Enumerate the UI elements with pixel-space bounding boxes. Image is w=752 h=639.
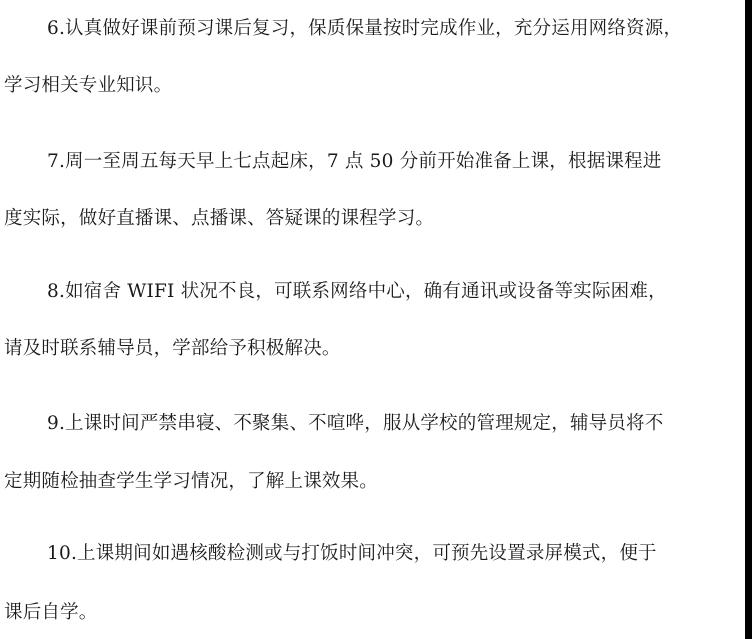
item-9-line-1: 9.上课时间严禁串寝、不聚集、不喧哗，服从学校的管理规定，辅导员将不 [47,412,663,436]
item-9-line-2: 定期随检抽查学生学习情况，了解上课效果。 [4,470,378,494]
item-10-line-1: 10.上课期间如遇核酸检测或与打饭时间冲突，可预先设置录屏模式，便于 [47,542,657,566]
item-10-line-2: 课后自学。 [4,601,98,625]
document-page: 6.认真做好课前预习课后复习，保质保量按时完成作业，充分运用网络资源， 学习相关… [0,0,745,639]
item-6-line-2: 学习相关专业知识。 [4,74,172,98]
item-6-line-1: 6.认真做好课前预习课后复习，保质保量按时完成作业，充分运用网络资源， [47,17,682,41]
item-7-line-1: 7.周一至周五每天早上七点起床，7 点 50 分前开始准备上课，根据课程进 [47,150,662,174]
item-7-line-2: 度实际，做好直播课、点播课、答疑课的课程学习。 [4,207,434,231]
item-8-line-1: 8.如宿舍 WIFI 状况不良，可联系网络中心，确有通讯或设备等实际困难， [47,280,667,304]
right-edge-border [745,0,752,639]
item-8-line-2: 请及时联系辅导员，学部给予积极解决。 [4,337,341,361]
